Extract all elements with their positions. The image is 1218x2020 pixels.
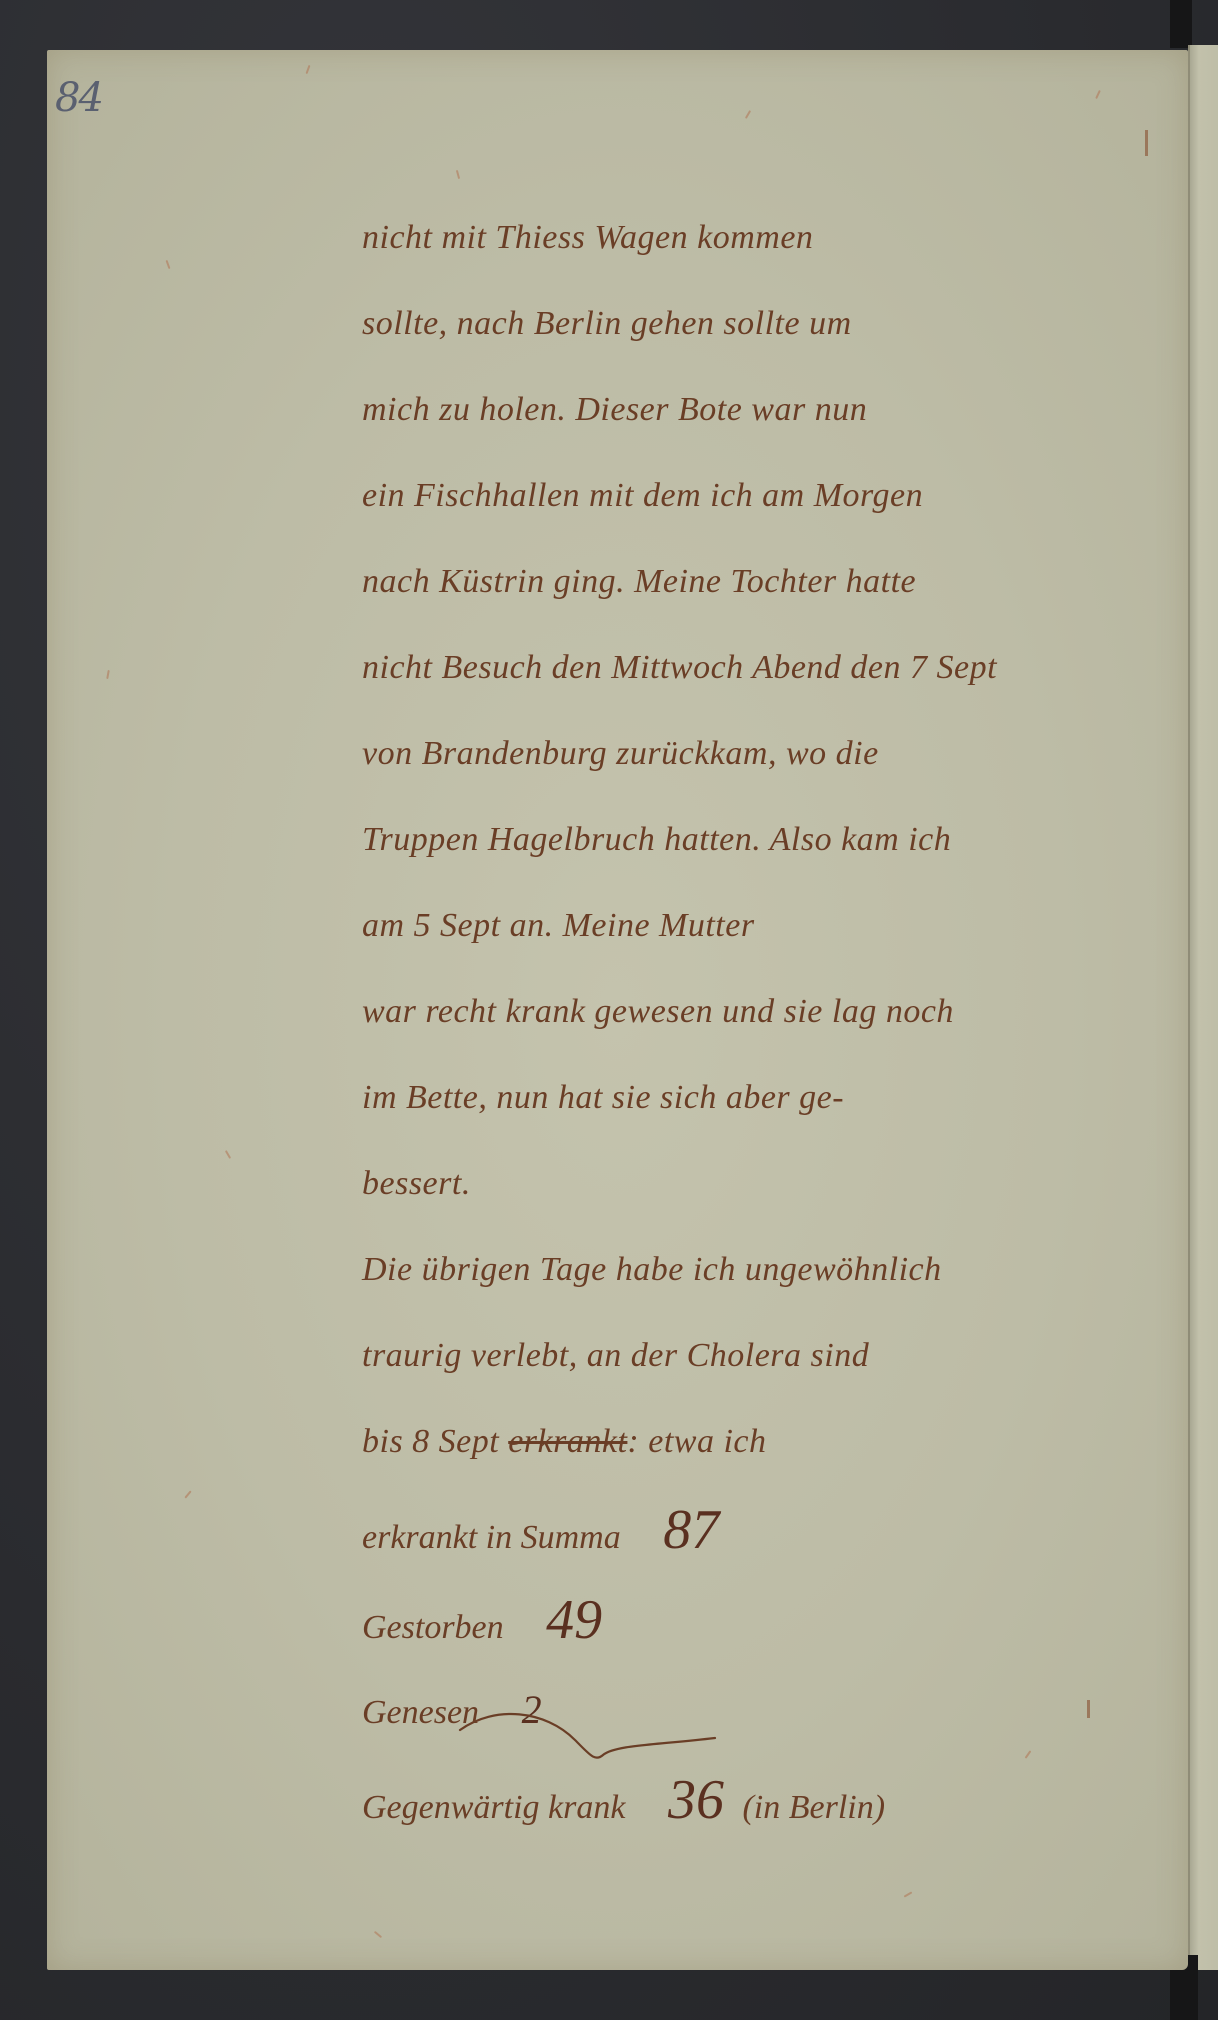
tally-row: erkrankt in Summa 87 bbox=[362, 1485, 1082, 1575]
closing-flourish-icon bbox=[455, 1700, 755, 1770]
folio-number: 84 bbox=[55, 75, 102, 121]
paper-fleck bbox=[374, 1931, 382, 1938]
tally-row: Gestorben 49 bbox=[362, 1575, 1082, 1665]
adjacent-page-edge bbox=[1188, 45, 1218, 1970]
text-line: Truppen Hagelbruch hatten. Also kam ich bbox=[362, 797, 1082, 883]
text-line: war recht krank gewesen und sie lag noch bbox=[362, 969, 1082, 1055]
text-line: Die übrigen Tage habe ich ungewöhnlich bbox=[362, 1227, 1082, 1313]
binding-shadow-top bbox=[1170, 0, 1192, 48]
tally-label: Gestorben bbox=[362, 1609, 504, 1646]
struck-out-word: erkrankt bbox=[508, 1423, 627, 1460]
paper-fleck bbox=[166, 260, 171, 269]
text-line: nach Küstrin ging. Meine Tochter hatte bbox=[362, 539, 1082, 625]
margin-mark bbox=[1087, 1700, 1090, 1718]
text-line: von Brandenburg zurückkam, wo die bbox=[362, 711, 1082, 797]
paper-fleck bbox=[456, 170, 460, 179]
paper-fleck bbox=[106, 670, 110, 679]
paper-fleck bbox=[306, 65, 311, 74]
text-line: im Bette, nun hat sie sich aber ge- bbox=[362, 1055, 1082, 1141]
paper-fleck bbox=[745, 110, 751, 119]
line-tail: : etwa ich bbox=[627, 1423, 766, 1460]
manuscript-text: nicht mit Thiess Wagen kommen sollte, na… bbox=[362, 195, 1082, 1845]
margin-mark bbox=[1145, 130, 1148, 156]
tally-label: erkrankt in Summa bbox=[362, 1519, 621, 1556]
paper-fleck bbox=[225, 1150, 231, 1159]
tally-label: Gegenwärtig krank bbox=[362, 1789, 625, 1826]
text-line-with-strikeout: bis 8 Sept erkrankt: etwa ich bbox=[362, 1399, 1082, 1485]
tally-value: 87 bbox=[663, 1499, 719, 1561]
paper-fleck bbox=[184, 1490, 191, 1498]
line-text: bis 8 Sept bbox=[362, 1423, 499, 1460]
text-line: traurig verlebt, an der Cholera sind bbox=[362, 1313, 1082, 1399]
text-line: nicht mit Thiess Wagen kommen bbox=[362, 195, 1082, 281]
text-line: mich zu holen. Dieser Bote war nun bbox=[362, 367, 1082, 453]
tally-value: 36 bbox=[668, 1769, 724, 1831]
paper-fleck bbox=[904, 1891, 913, 1897]
text-line: sollte, nach Berlin gehen sollte um bbox=[362, 281, 1082, 367]
text-line: ein Fischhallen mit dem ich am Morgen bbox=[362, 453, 1082, 539]
tally-value: 49 bbox=[546, 1589, 602, 1651]
text-line: am 5 Sept an. Meine Mutter bbox=[362, 883, 1082, 969]
text-line: bessert. bbox=[362, 1141, 1082, 1227]
paper-fleck bbox=[1095, 90, 1101, 99]
text-line: nicht Besuch den Mittwoch Abend den 7 Se… bbox=[362, 625, 1082, 711]
tally-note: (in Berlin) bbox=[742, 1789, 885, 1826]
